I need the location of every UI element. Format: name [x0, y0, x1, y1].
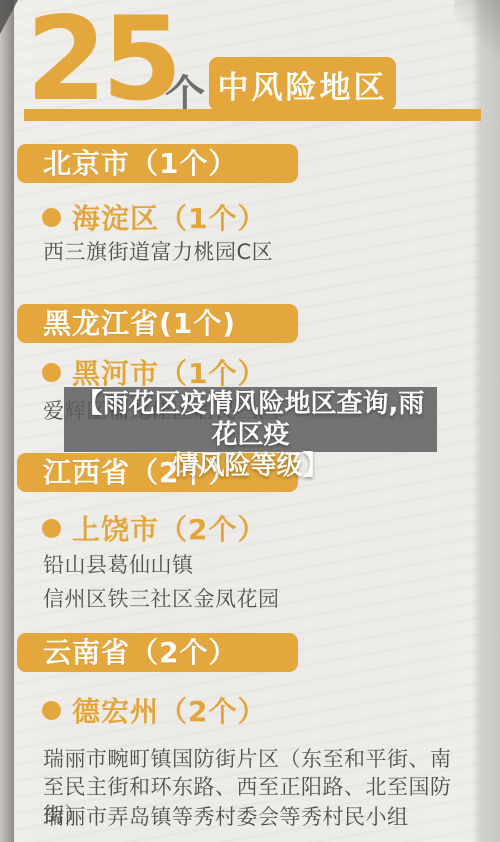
- watermark-overlay: 【雨花区疫情风险地区查询,雨花区疫 情风险等级】: [64, 387, 437, 452]
- risk-area-count: 25: [26, 2, 177, 118]
- province-banner-yunnan: 云南省（2个）: [17, 633, 298, 672]
- area-text: 铅山县葛仙山镇: [43, 551, 471, 579]
- right-edge-shadow: [480, 0, 500, 842]
- bullet-icon: [42, 701, 61, 720]
- medium-risk-badge: 中风险地区: [209, 57, 396, 111]
- city-name: 海淀区（1个）: [72, 197, 266, 237]
- city-row-shangrao: 上饶市（2个）: [42, 512, 266, 544]
- top-right-smudge: [454, 0, 500, 64]
- watermark-line-1: 【雨花区疫情风险地区查询,雨花区疫: [64, 389, 437, 451]
- bullet-icon: [42, 363, 61, 382]
- area-text: 信州区铁三社区金凤花园: [43, 585, 471, 613]
- city-row-heihe: 黑河市（1个）: [42, 356, 266, 388]
- corner-fold: [0, 0, 18, 34]
- area-text: 瑞丽市弄岛镇等秀村委会等秀村民小组: [43, 803, 471, 831]
- left-edge-shadow: [0, 0, 14, 842]
- city-row-haidian: 海淀区（1个）: [42, 201, 266, 233]
- city-row-dehong: 德宏州（2个）: [42, 694, 266, 726]
- header-divider-bar: [24, 109, 481, 121]
- city-name: 德宏州（2个）: [72, 690, 266, 730]
- province-banner-heilongjiang: 黑龙江省(1个): [17, 304, 298, 343]
- city-name: 黑河市（1个）: [72, 352, 266, 392]
- area-text: 西三旗街道富力桃园C区: [43, 238, 471, 266]
- bullet-icon: [42, 519, 61, 538]
- city-name: 上饶市（2个）: [72, 508, 266, 548]
- bullet-icon: [42, 208, 61, 227]
- watermark-line-2: 情风险等级】: [64, 451, 437, 482]
- province-banner-beijing: 北京市（1个）: [17, 144, 298, 183]
- poster-screenshot: 25 个 中风险地区 北京市（1个） 海淀区（1个） 西三旗街道富力桃园C区 黑…: [0, 0, 500, 842]
